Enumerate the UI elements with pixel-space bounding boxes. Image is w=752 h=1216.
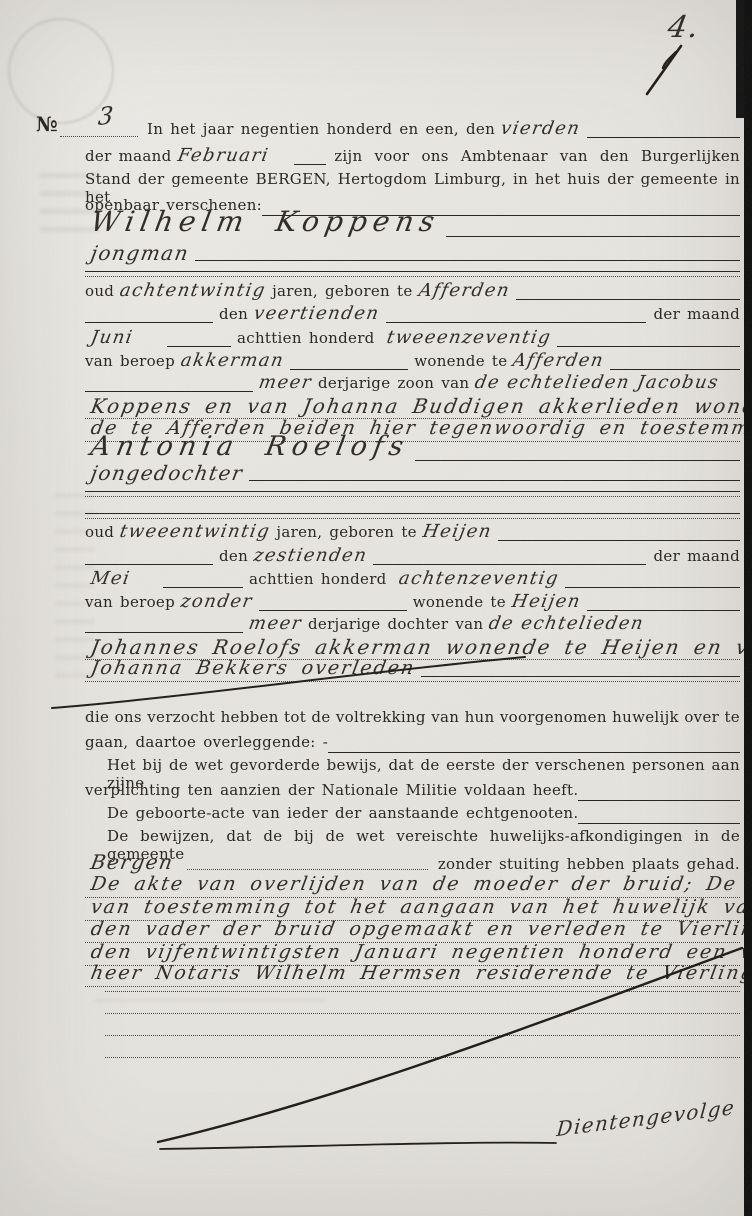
rule-dotted: [105, 1035, 740, 1036]
empty-dotted-line: [105, 1050, 740, 1062]
rule-solid: [565, 587, 740, 588]
printed-text: van beroep: [85, 352, 175, 370]
declaration-line-2b: verplichting ten aanzien der Nationale M…: [85, 781, 740, 805]
printed-text: der maand: [85, 147, 172, 165]
rule-solid: [587, 137, 741, 138]
bride-parents-line-3: Johanna Bekkers overleden: [85, 657, 740, 682]
check-paraph-icon: [663, 52, 676, 68]
printed-text: jaren, geboren te: [272, 282, 412, 300]
printed-text: der maand: [646, 305, 741, 323]
annex-line-3: den vader der bruid opgemaakt en verlede…: [85, 918, 740, 943]
handwritten-parents: Johannes Roelofs akkerman wonende te Hei…: [83, 635, 752, 659]
rule-solid: [557, 346, 740, 347]
groom-age-line: oud achtentwintig jaren, geboren te Affe…: [85, 280, 740, 304]
empty-rule-line: [85, 262, 740, 277]
scan-edge-artifact: [744, 0, 752, 1216]
empty-dotted-line: [105, 984, 740, 996]
printed-text: oud: [85, 523, 114, 541]
rule-solid: [498, 540, 740, 541]
handwritten-groom-name: Wilhelm Koppens: [82, 205, 449, 238]
rule-solid: [421, 676, 740, 677]
groom-parents-line-2: Koppens en van Johanna Buddigen akkerlie…: [85, 394, 740, 419]
rule-solid: [610, 369, 740, 370]
rule-solid: [249, 480, 740, 481]
printed-text: gaan, daartoe overleggende: -: [85, 733, 328, 751]
rule-solid: [85, 271, 740, 272]
empty-dotted-line: [105, 1006, 740, 1018]
rule-solid: [294, 164, 327, 165]
printed-text: den: [213, 305, 248, 323]
handwritten-day: vierden: [493, 118, 588, 139]
handwritten-birth-month: Juni: [83, 327, 169, 348]
groom-profession-line: van beroep akkerman wonende te Afferden: [85, 350, 740, 374]
declaration-line-1b: gaan, daartoe overleggende: -: [85, 733, 740, 757]
rule-dotted: [105, 991, 740, 992]
printed-text: van beroep: [85, 593, 175, 611]
handwritten-residence: Heijen: [504, 591, 589, 612]
printed-text: De geboorte-acte van ieder der aanstaand…: [85, 804, 578, 822]
printed-text: jaren, geboren te: [276, 523, 416, 541]
printed-text: den: [213, 547, 248, 565]
handwritten-parents: Koppens en van Johanna Buddigen akkerlie…: [83, 394, 752, 418]
bride-profession-line: van beroep zonder wonende te Heijen: [85, 591, 740, 615]
rule-solid: [167, 346, 231, 347]
rule-dotted: [105, 1013, 740, 1014]
intro-line-1: In het jaar negentien honderd en een, de…: [85, 118, 740, 142]
rule-dotted: [187, 869, 428, 870]
handwritten-annex: van toestemming tot het aangaan van het …: [83, 896, 752, 918]
handwritten-parents: de echtelieden Jacobus: [467, 372, 727, 393]
declaration-line-1a: die ons verzocht hebben tot de voltrekki…: [85, 708, 740, 732]
printed-text: zijn voor ons Ambtenaar van den Burgerli…: [326, 147, 740, 165]
rule-solid: [85, 391, 253, 392]
declaration-line-4b: Bergen zonder stuiting hebben plaats geh…: [85, 850, 740, 874]
handwritten-bride-name: Antonia Roelofs: [82, 431, 417, 462]
handwritten-profession: akkerman: [173, 350, 292, 371]
declaration-line-2a: Het bij de wet gevorderde bewijs, dat de…: [85, 756, 740, 780]
bride-name-line: Antonia Roelofs: [85, 431, 740, 465]
check-paraph-icon: [647, 46, 681, 94]
bride-birthmonth-line: Mei achttien honderd achtenzeventig: [85, 568, 740, 592]
printed-text: achttien honderd: [231, 329, 381, 347]
groom-majority-line: meer derjarige zoon van de echtelieden J…: [85, 372, 740, 396]
rule-solid: [290, 369, 408, 370]
printed-text: oud: [85, 282, 114, 300]
bride-age-line: oud tweeentwintig jaren, geboren te Heij…: [85, 521, 740, 545]
bride-majority-line: meer derjarige dochter van de echteliede…: [85, 613, 740, 637]
rule-solid: [516, 299, 740, 300]
rule-solid: [587, 610, 740, 611]
bride-birthday-line: den zestienden der maand: [85, 545, 740, 569]
handwritten-birthplace: Afferden: [411, 280, 518, 301]
declaration-line-4a: De bewijzen, dat de bij de wet vereischt…: [85, 827, 740, 851]
empty-rule-line: [85, 482, 740, 497]
groom-birthday-line: den veertienden der maand: [85, 303, 740, 327]
handwritten-month: Februari: [170, 145, 296, 166]
empty-dotted-line: [105, 1028, 740, 1040]
rule-solid: [85, 513, 740, 514]
handwritten-parents: Johanna Bekkers overleden: [83, 657, 423, 679]
empty-rule-line: [85, 504, 740, 519]
handwritten-annex: den vijfentwintigsten Januari negentien …: [83, 941, 752, 963]
page-number: 4.: [659, 10, 709, 45]
handwritten-annex: heer Notaris Wilhelm Hermsen residerende…: [83, 962, 752, 984]
handwritten-birth-year: tweeenzeventig: [379, 327, 559, 348]
rule-solid: [85, 322, 213, 323]
rule-solid: [373, 564, 645, 565]
groom-name-line: Wilhelm Koppens: [85, 205, 740, 241]
rule-solid: [386, 322, 646, 323]
handwritten-age: tweeentwintig: [112, 521, 278, 542]
handwritten-meer: meer: [241, 613, 310, 634]
rule-solid: [85, 564, 213, 565]
rule-solid: [85, 632, 243, 633]
printed-text: der maand: [646, 547, 741, 565]
rule-solid: [259, 610, 407, 611]
handwritten-annex: De akte van overlijden van de moeder der…: [83, 873, 752, 895]
rule-solid: [578, 823, 740, 824]
handwritten-residence: Afferden: [506, 350, 613, 371]
rule-solid: [578, 800, 740, 801]
groom-birthmonth-line: Juni achttien honderd tweeenzeventig: [85, 327, 740, 351]
scanned-marriage-certificate: № 3 4. In het jaar negentien honderd en …: [0, 0, 752, 1216]
printed-text: achttien honderd: [243, 570, 393, 588]
handwritten-gemeente: Bergen: [83, 850, 189, 874]
rule-solid: [195, 260, 740, 261]
printed-text: zonder stuiting hebben plaats gehad.: [428, 855, 740, 873]
handwritten-meer: meer: [251, 372, 320, 393]
rule-solid: [446, 236, 740, 237]
printed-text: In het jaar negentien honderd en een, de…: [147, 120, 495, 138]
rule-solid: [163, 587, 243, 588]
closing-horizontal-stroke: [160, 1143, 556, 1149]
act-number-label: №: [36, 112, 58, 136]
handwritten-age: achtentwintig: [112, 280, 274, 301]
handwritten-birth-month: Mei: [83, 568, 165, 589]
rule-dotted: [105, 1057, 740, 1058]
handwritten-birthplace: Heijen: [415, 521, 500, 542]
handwritten-birth-day: zestienden: [246, 545, 375, 566]
rule-solid: [328, 752, 740, 753]
printed-text: wonende te: [408, 352, 507, 370]
printed-text: verplichting ten aanzien der Nationale M…: [85, 781, 578, 799]
printed-text: derjarige dochter van: [308, 615, 483, 633]
handwritten-closing-word: Dientengevolge: [550, 1094, 743, 1142]
handwritten-profession: zonder: [173, 591, 260, 612]
printed-text: wonende te: [407, 593, 506, 611]
printed-text: derjarige zoon van: [318, 374, 469, 392]
handwritten-parents: de echtelieden: [482, 613, 653, 634]
intro-line-2: der maand Februari zijn voor ons Ambtena…: [85, 145, 740, 169]
handwritten-annex: den vader der bruid opgemaakt en verlede…: [83, 918, 752, 940]
intro-line-3: Stand der gemeente BERGEN, Hertogdom Lim…: [85, 170, 740, 194]
rule-solid: [85, 491, 740, 492]
handwritten-birth-day: veertienden: [246, 303, 387, 324]
handwritten-birth-year: achtenzeventig: [391, 568, 567, 589]
declaration-line-3: De geboorte-acte van ieder der aanstaand…: [85, 804, 740, 828]
annex-line-1: De akte van overlijden van de moeder der…: [85, 873, 740, 898]
